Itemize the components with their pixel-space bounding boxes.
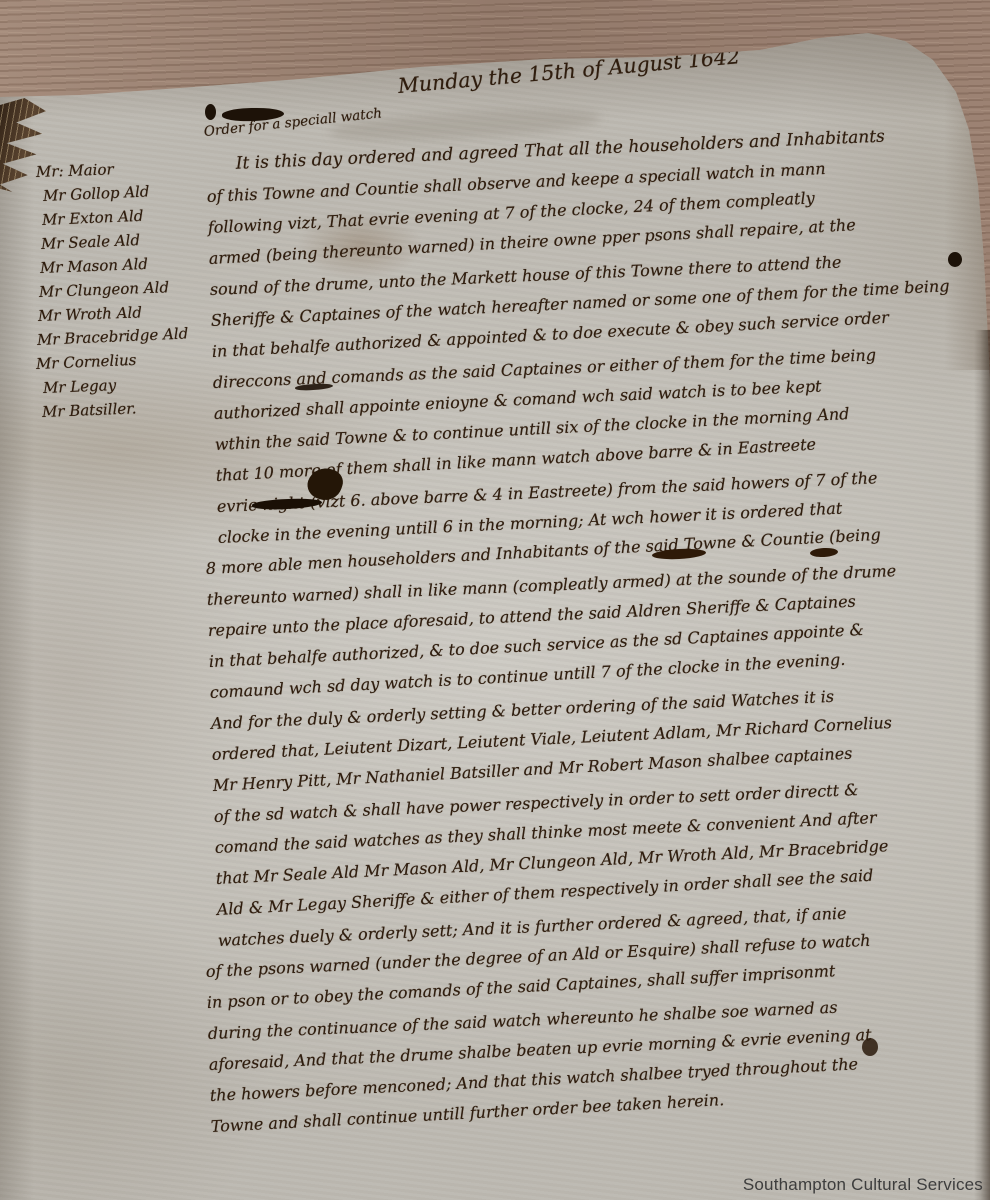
page-gutter-shadow — [0, 90, 34, 1200]
watermark-credit: Southampton Cultural Services — [743, 1175, 983, 1195]
ink-blot — [205, 104, 216, 120]
body-text: It is this day ordered and agreed That a… — [206, 150, 970, 1142]
attendee-name: Mr Batsiller. — [42, 394, 189, 424]
ink-blot — [862, 1038, 878, 1056]
parchment-page: Munday the 15th of August 1642 Order for… — [0, 0, 990, 1200]
ink-blot — [948, 252, 962, 267]
attendee-list: Mr: MaiorMr Gollop AldMr Exton AldMr Sea… — [36, 160, 188, 424]
manuscript-photo: Munday the 15th of August 1642 Order for… — [0, 0, 990, 1200]
page-edge-shadow — [974, 330, 990, 1200]
